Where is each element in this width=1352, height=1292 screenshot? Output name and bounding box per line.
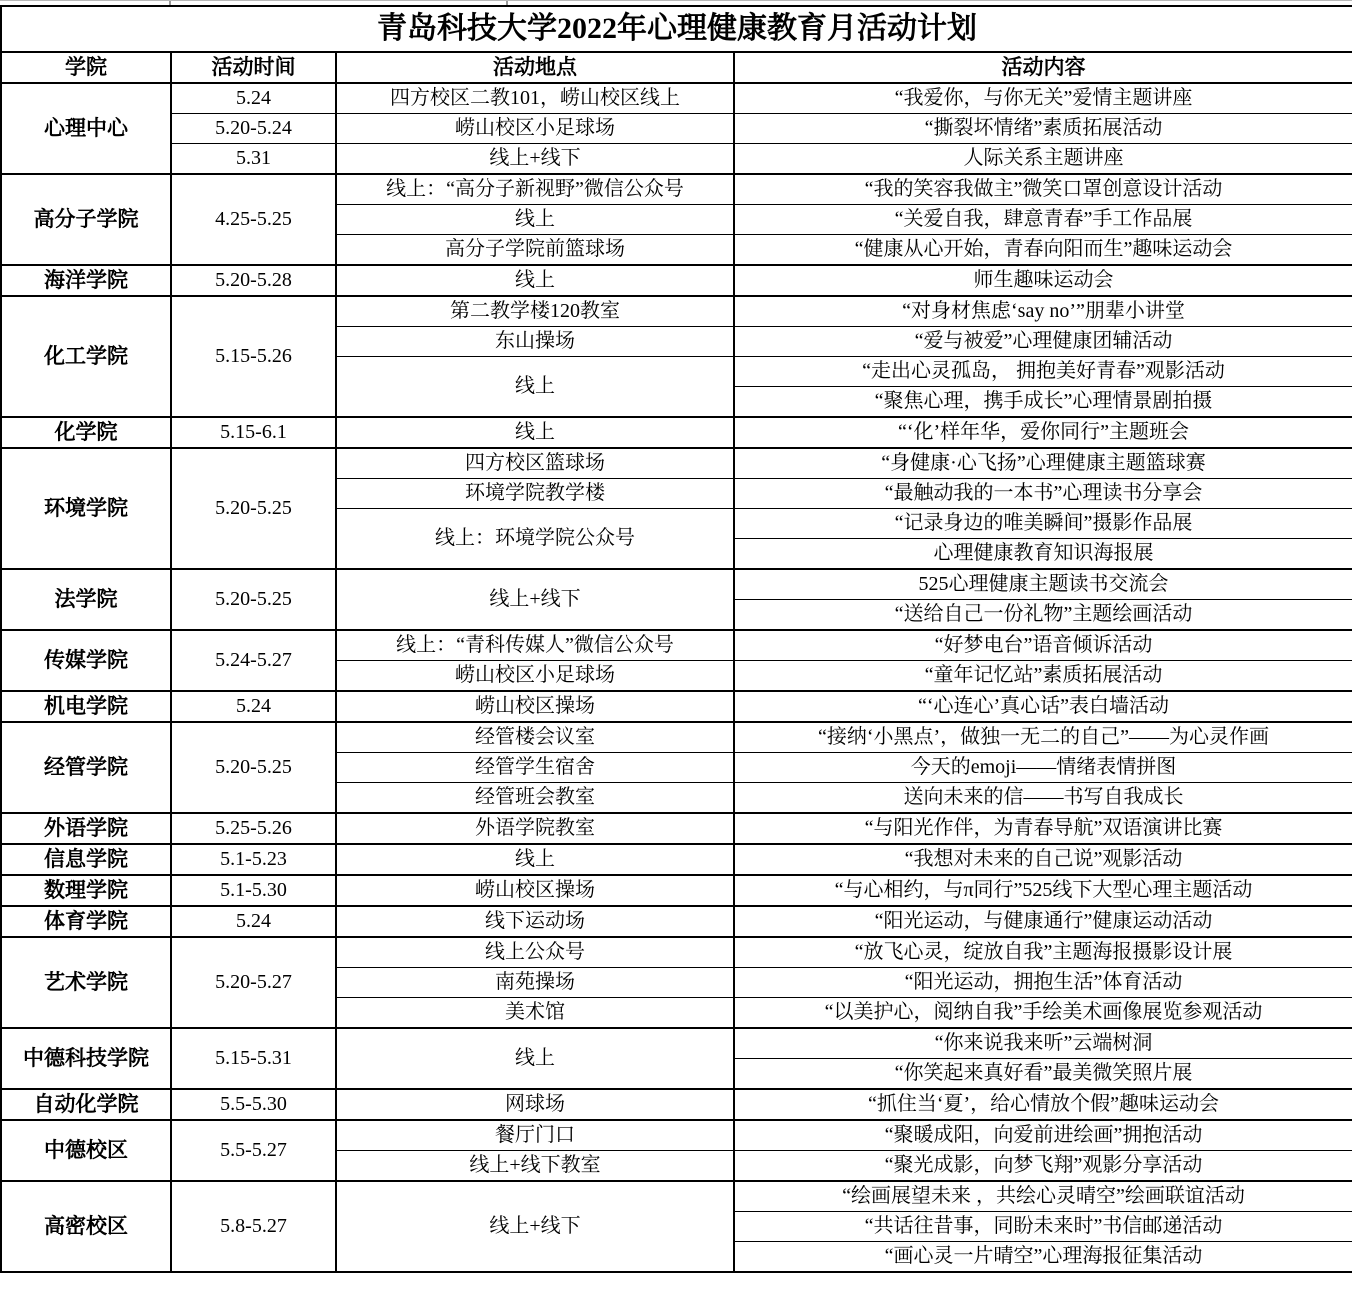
table-header-row: 学院 活动时间 活动地点 活动内容 — [1, 52, 1352, 83]
college-cell: 外语学院 — [1, 813, 171, 844]
time-cell: 5.5-5.30 — [171, 1089, 336, 1120]
table-row: 外语学院5.25-5.26外语学院教室“与阳光作伴，为青春导航”双语演讲比赛 — [1, 813, 1352, 844]
table-row: 5.31线上+线下人际关系主题讲座 — [1, 144, 1352, 175]
college-cell: 法学院 — [1, 569, 171, 630]
place-cell: 崂山校区操场 — [336, 691, 734, 722]
content-cell: “‘化’样年华，爱你同行”主题班会 — [734, 417, 1352, 448]
gridline-tick — [506, 1, 508, 5]
content-cell: 师生趣味运动会 — [734, 265, 1352, 296]
place-cell: 崂山校区小足球场 — [336, 114, 734, 144]
place-cell: 线上 — [336, 844, 734, 875]
content-cell: “对身材焦虑‘say no’”朋辈小讲堂 — [734, 296, 1352, 327]
place-cell: 美术馆 — [336, 998, 734, 1029]
college-cell: 高密校区 — [1, 1181, 171, 1272]
college-cell: 机电学院 — [1, 691, 171, 722]
column-header-college: 学院 — [1, 52, 171, 83]
table-row: 5.20-5.24崂山校区小足球场“撕裂坏情绪”素质拓展活动 — [1, 114, 1352, 144]
time-cell: 5.20-5.25 — [171, 448, 336, 569]
time-cell: 5.25-5.26 — [171, 813, 336, 844]
place-cell: 南苑操场 — [336, 968, 734, 998]
place-cell: 环境学院教学楼 — [336, 479, 734, 509]
time-cell: 5.31 — [171, 144, 336, 175]
content-cell: “以美护心，阅纳自我”手绘美术画像展览参观活动 — [734, 998, 1352, 1029]
content-cell: “聚焦心理，携手成长”心理情景剧拍摄 — [734, 387, 1352, 418]
activity-plan-table: 青岛科技大学2022年心理健康教育月活动计划 学院 活动时间 活动地点 活动内容… — [0, 5, 1352, 1273]
place-cell: 崂山校区操场 — [336, 875, 734, 906]
content-cell: “我的笑容我做主”微笑口罩创意设计活动 — [734, 174, 1352, 205]
college-cell: 自动化学院 — [1, 1089, 171, 1120]
place-cell: 线上：环境学院公众号 — [336, 509, 734, 570]
place-cell: 崂山校区小足球场 — [336, 661, 734, 692]
content-cell: “聚光成影，向梦飞翔”观影分享活动 — [734, 1151, 1352, 1182]
time-cell: 5.8-5.27 — [171, 1181, 336, 1272]
place-cell: 四方校区篮球场 — [336, 448, 734, 479]
college-cell: 化工学院 — [1, 296, 171, 417]
college-cell: 中德校区 — [1, 1120, 171, 1181]
content-cell: “阳光运动，拥抱生活”体育活动 — [734, 968, 1352, 998]
column-header-content: 活动内容 — [734, 52, 1352, 83]
college-cell: 环境学院 — [1, 448, 171, 569]
content-cell: “抓住当‘夏’，给心情放个假”趣味运动会 — [734, 1089, 1352, 1120]
time-cell: 5.1-5.30 — [171, 875, 336, 906]
content-cell: “与阳光作伴，为青春导航”双语演讲比赛 — [734, 813, 1352, 844]
place-cell: 网球场 — [336, 1089, 734, 1120]
college-cell: 传媒学院 — [1, 630, 171, 691]
column-header-place: 活动地点 — [336, 52, 734, 83]
time-cell: 5.20-5.25 — [171, 722, 336, 813]
time-cell: 5.24 — [171, 83, 336, 114]
college-cell: 艺术学院 — [1, 937, 171, 1028]
content-cell: “走出心灵孤岛， 拥抱美好青春”观影活动 — [734, 357, 1352, 387]
time-cell: 4.25-5.25 — [171, 174, 336, 265]
content-cell: “关爱自我，肆意青春”手工作品展 — [734, 205, 1352, 235]
place-cell: 线上+线下 — [336, 569, 734, 630]
college-cell: 信息学院 — [1, 844, 171, 875]
place-cell: 第二教学楼120教室 — [336, 296, 734, 327]
college-cell: 数理学院 — [1, 875, 171, 906]
table-row: 自动化学院5.5-5.30网球场“抓住当‘夏’，给心情放个假”趣味运动会 — [1, 1089, 1352, 1120]
content-cell: “童年记忆站”素质拓展活动 — [734, 661, 1352, 692]
content-cell: “你来说我来听”云端树洞 — [734, 1028, 1352, 1059]
table-row: 心理中心5.24四方校区二教101，崂山校区线上“我爱你，与你无关”爱情主题讲座 — [1, 83, 1352, 114]
time-cell: 5.20-5.28 — [171, 265, 336, 296]
place-cell: 经管班会教室 — [336, 783, 734, 814]
content-cell: “放飞心灵，绽放自我”主题海报摄影设计展 — [734, 937, 1352, 968]
college-cell: 体育学院 — [1, 906, 171, 937]
table-row: 化工学院5.15-5.26第二教学楼120教室“对身材焦虑‘say no’”朋辈… — [1, 296, 1352, 327]
table-row: 高分子学院4.25-5.25线上：“高分子新视野”微信公众号“我的笑容我做主”微… — [1, 174, 1352, 205]
content-cell: “绘画展望未来 ，共绘心灵晴空”绘画联谊活动 — [734, 1181, 1352, 1212]
time-cell: 5.24 — [171, 691, 336, 722]
place-cell: 经管学生宿舍 — [336, 753, 734, 783]
table-row: 传媒学院5.24-5.27线上：“青科传媒人”微信公众号“好梦电台”语音倾诉活动 — [1, 630, 1352, 661]
time-cell: 5.15-5.26 — [171, 296, 336, 417]
table-row: 化学院5.15-6.1线上“‘化’样年华，爱你同行”主题班会 — [1, 417, 1352, 448]
time-cell: 5.15-6.1 — [171, 417, 336, 448]
gridline-tick — [169, 1, 171, 5]
content-cell: “爱与被爱”心理健康团辅活动 — [734, 327, 1352, 357]
table-row: 中德科技学院5.15-5.31线上“你来说我来听”云端树洞 — [1, 1028, 1352, 1059]
college-cell: 化学院 — [1, 417, 171, 448]
place-cell: 线上 — [336, 1028, 734, 1089]
content-cell: “接纳‘小黑点’，做独一无二的自己”——为心灵作画 — [734, 722, 1352, 753]
place-cell: 线上公众号 — [336, 937, 734, 968]
content-cell: “‘心连心’真心话”表白墙活动 — [734, 691, 1352, 722]
content-cell: “阳光运动，与健康通行”健康运动活动 — [734, 906, 1352, 937]
content-cell: “我想对未来的自己说”观影活动 — [734, 844, 1352, 875]
content-cell: “健康从心开始，青春向阳而生”趣味运动会 — [734, 235, 1352, 266]
content-cell: “好梦电台”语音倾诉活动 — [734, 630, 1352, 661]
content-cell: “画心灵一片晴空”心理海报征集活动 — [734, 1242, 1352, 1273]
place-cell: 线上 — [336, 357, 734, 418]
time-cell: 5.24 — [171, 906, 336, 937]
place-cell: 四方校区二教101，崂山校区线上 — [336, 83, 734, 114]
content-cell: 人际关系主题讲座 — [734, 144, 1352, 175]
content-cell: “我爱你，与你无关”爱情主题讲座 — [734, 83, 1352, 114]
place-cell: 线下运动场 — [336, 906, 734, 937]
content-cell: “与心相约，与π同行”525线下大型心理主题活动 — [734, 875, 1352, 906]
place-cell: 线上+线下教室 — [336, 1151, 734, 1182]
table-row: 数理学院5.1-5.30崂山校区操场“与心相约，与π同行”525线下大型心理主题… — [1, 875, 1352, 906]
college-cell: 海洋学院 — [1, 265, 171, 296]
table-row: 艺术学院5.20-5.27线上公众号“放飞心灵，绽放自我”主题海报摄影设计展 — [1, 937, 1352, 968]
time-cell: 5.5-5.27 — [171, 1120, 336, 1181]
content-cell: “撕裂坏情绪”素质拓展活动 — [734, 114, 1352, 144]
content-cell: “你笑起来真好看”最美微笑照片展 — [734, 1059, 1352, 1090]
table-body: 心理中心5.24四方校区二教101，崂山校区线上“我爱你，与你无关”爱情主题讲座… — [1, 83, 1352, 1272]
content-cell: “聚暖成阳，向爱前进绘画”拥抱活动 — [734, 1120, 1352, 1151]
column-header-time: 活动时间 — [171, 52, 336, 83]
time-cell: 5.20-5.24 — [171, 114, 336, 144]
time-cell: 5.15-5.31 — [171, 1028, 336, 1089]
time-cell: 5.20-5.27 — [171, 937, 336, 1028]
time-cell: 5.1-5.23 — [171, 844, 336, 875]
place-cell: 外语学院教室 — [336, 813, 734, 844]
content-cell: 525心理健康主题读书交流会 — [734, 569, 1352, 600]
place-cell: 经管楼会议室 — [336, 722, 734, 753]
table-row: 法学院5.20-5.25线上+线下525心理健康主题读书交流会 — [1, 569, 1352, 600]
table-row: 环境学院5.20-5.25四方校区篮球场“身健康·心飞扬”心理健康主题篮球赛 — [1, 448, 1352, 479]
place-cell: 东山操场 — [336, 327, 734, 357]
table-row: 高密校区5.8-5.27线上+线下“绘画展望未来 ，共绘心灵晴空”绘画联谊活动 — [1, 1181, 1352, 1212]
content-cell: 今天的emoji——情绪表情拼图 — [734, 753, 1352, 783]
place-cell: 线上：“青科传媒人”微信公众号 — [336, 630, 734, 661]
content-cell: 送向未来的信——书写自我成长 — [734, 783, 1352, 814]
college-cell: 心理中心 — [1, 83, 171, 174]
college-cell: 经管学院 — [1, 722, 171, 813]
table-row: 中德校区5.5-5.27餐厅门口“聚暖成阳，向爱前进绘画”拥抱活动 — [1, 1120, 1352, 1151]
table-title-row: 青岛科技大学2022年心理健康教育月活动计划 — [1, 6, 1352, 52]
table-row: 体育学院5.24线下运动场“阳光运动，与健康通行”健康运动活动 — [1, 906, 1352, 937]
table-row: 海洋学院5.20-5.28线上师生趣味运动会 — [1, 265, 1352, 296]
place-cell: 线上+线下 — [336, 144, 734, 175]
content-cell: “记录身边的唯美瞬间”摄影作品展 — [734, 509, 1352, 539]
place-cell: 线上 — [336, 205, 734, 235]
college-cell: 中德科技学院 — [1, 1028, 171, 1089]
screenshot-top-edge-artifact — [0, 0, 1352, 5]
table-row: 经管学院5.20-5.25经管楼会议室“接纳‘小黑点’，做独一无二的自己”——为… — [1, 722, 1352, 753]
place-cell: 线上：“高分子新视野”微信公众号 — [336, 174, 734, 205]
place-cell: 线上 — [336, 417, 734, 448]
place-cell: 线上+线下 — [336, 1181, 734, 1272]
time-cell: 5.20-5.25 — [171, 569, 336, 630]
content-cell: “最触动我的一本书”心理读书分享会 — [734, 479, 1352, 509]
content-cell: “身健康·心飞扬”心理健康主题篮球赛 — [734, 448, 1352, 479]
content-cell: 心理健康教育知识海报展 — [734, 539, 1352, 570]
table-row: 信息学院5.1-5.23线上“我想对未来的自己说”观影活动 — [1, 844, 1352, 875]
content-cell: “共话往昔事，同盼未来时”书信邮递活动 — [734, 1212, 1352, 1242]
table-row: 机电学院5.24崂山校区操场“‘心连心’真心话”表白墙活动 — [1, 691, 1352, 722]
content-cell: “送给自己一份礼物”主题绘画活动 — [734, 600, 1352, 631]
place-cell: 餐厅门口 — [336, 1120, 734, 1151]
time-cell: 5.24-5.27 — [171, 630, 336, 691]
place-cell: 线上 — [336, 265, 734, 296]
college-cell: 高分子学院 — [1, 174, 171, 265]
page-title: 青岛科技大学2022年心理健康教育月活动计划 — [1, 6, 1352, 52]
place-cell: 高分子学院前篮球场 — [336, 235, 734, 266]
